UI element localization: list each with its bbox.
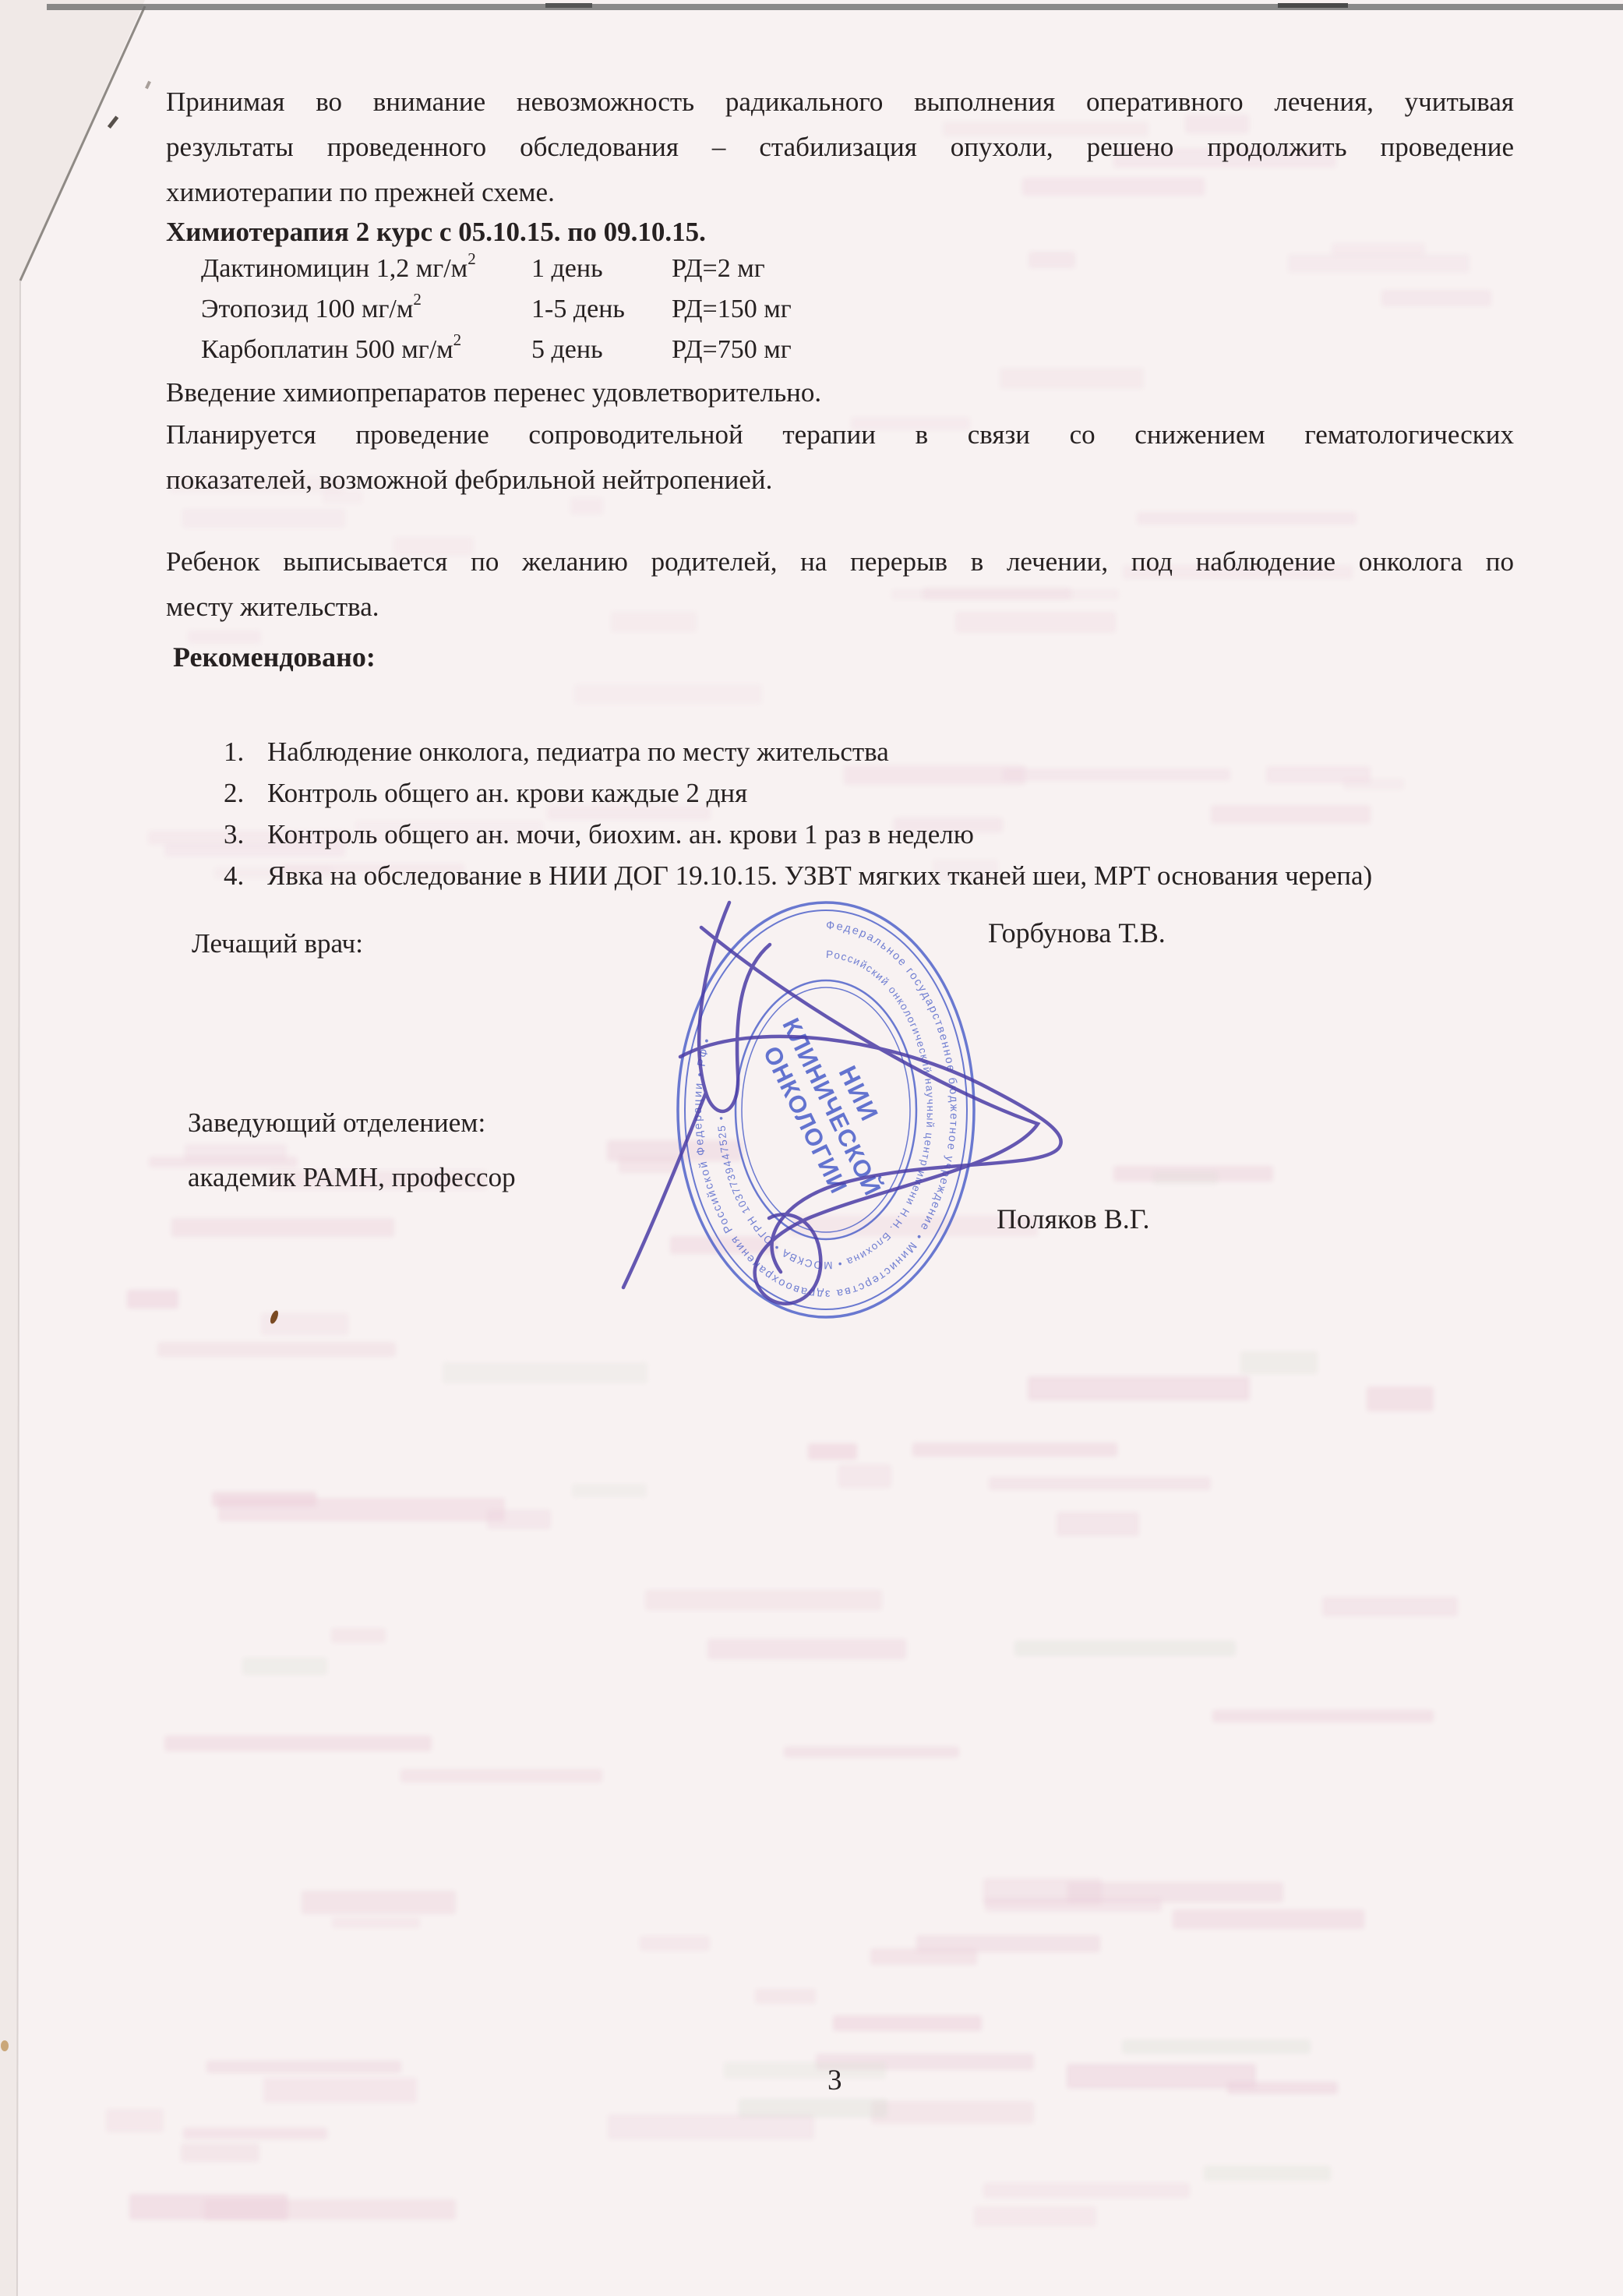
paragraph1-line1: Принимая во внимание невозможность радик… — [166, 86, 1514, 118]
item-text: Явка на обследование в НИИ ДОГ 19.10.15.… — [267, 860, 1372, 891]
item-text: Наблюдение онколога, педиатра по месту ж… — [267, 736, 889, 767]
document-body: Принимая во внимание невозможность радик… — [0, 0, 1623, 2296]
drug-name: Карбоплатин 500 мг/м2 — [201, 335, 531, 365]
recommendation-item: 3.Контроль общего ан. мочи, биохим. ан. … — [224, 819, 974, 850]
drug-days: 1 день — [531, 254, 672, 284]
item-number: 4. — [224, 860, 267, 892]
drug-days: 1-5 день — [531, 295, 672, 324]
superscript: 2 — [453, 330, 462, 349]
drug-dose: РД=750 мг — [672, 335, 921, 365]
scanned-document-page: { "colors": { "paper": "#f8f2f2", "paper… — [0, 0, 1623, 2296]
department-head-label: Заведующий отделением: — [188, 1107, 485, 1139]
paragraph1-line3: химиотерапии по прежней схеме. — [166, 176, 555, 209]
paragraph3-line2: месту жительства. — [166, 591, 379, 623]
superscript: 2 — [467, 249, 476, 268]
recommendation-item: 1.Наблюдение онколога, педиатра по месту… — [224, 736, 889, 768]
item-number: 3. — [224, 819, 267, 850]
item-text: Контроль общего ан. мочи, биохим. ан. кр… — [267, 819, 974, 850]
drug-name: Дактиномицин 1,2 мг/м2 — [201, 254, 531, 284]
item-text: Контроль общего ан. крови каждые 2 дня — [267, 778, 747, 808]
drug-days: 5 день — [531, 335, 672, 365]
recommendation-item: 2.Контроль общего ан. крови каждые 2 дня — [224, 778, 747, 809]
chemo-course-heading: Химиотерапия 2 курс с 05.10.15. по 09.10… — [166, 216, 706, 249]
drug-dose: РД=150 мг — [672, 295, 921, 324]
department-head-name: Поляков В.Г. — [997, 1203, 1149, 1236]
paragraph3-line1: Ребенок выписывается по желанию родителе… — [166, 546, 1514, 578]
page-number: 3 — [827, 2064, 842, 2097]
attending-doctor-name: Горбунова Т.В. — [988, 917, 1166, 950]
item-number: 2. — [224, 778, 267, 809]
paragraph2-line1: Планируется проведение сопроводительной … — [166, 419, 1514, 451]
item-number: 1. — [224, 736, 267, 768]
attending-doctor-label: Лечащий врач: — [192, 927, 363, 960]
department-head-title: академик РАМН, профессор — [188, 1161, 516, 1194]
drug-name: Этопозид 100 мг/м2 — [201, 295, 531, 324]
superscript: 2 — [413, 290, 422, 309]
tolerance-line: Введение химиопрепаратов перенес удовлет… — [166, 376, 821, 409]
chemo-drug-table: Дактиномицин 1,2 мг/м2 1 день РД=2 мг Эт… — [201, 254, 921, 376]
drug-dose: РД=2 мг — [672, 254, 921, 284]
paragraph2-line2: показателей, возможной фебрильной нейтро… — [166, 464, 772, 496]
paragraph1-line2: результаты проведенного обследования – с… — [166, 131, 1514, 164]
recommendation-item: 4.Явка на обследование в НИИ ДОГ 19.10.1… — [224, 860, 1372, 892]
recommendations-heading: Рекомендовано: — [173, 641, 376, 674]
